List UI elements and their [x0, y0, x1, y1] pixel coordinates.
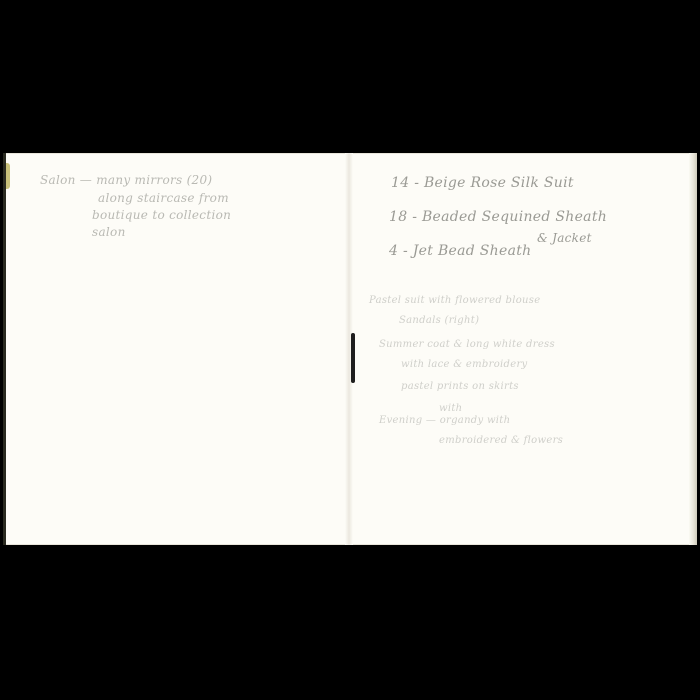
list-item-2: 18 - Beaded Sequined Sheath: [389, 209, 607, 225]
left-note-line-2: along staircase from: [98, 191, 229, 205]
note-line-3: Summer coat & long white dress: [379, 339, 555, 350]
list-item-qty: 4: [389, 243, 398, 259]
left-note-line-1: Salon — many mirrors (20): [40, 173, 212, 187]
list-item-qty: 14: [391, 175, 409, 191]
left-note-line-3: boutique to collection: [92, 208, 231, 222]
page-edge-tab: [6, 163, 10, 189]
note-line-6: with: [439, 403, 462, 414]
note-line-8: embroidered & flowers: [439, 435, 563, 446]
notebook-spread: Salon — many mirrors (20) along staircas…: [3, 153, 697, 545]
right-page: 14 - Beige Rose Silk Suit 18 - Beaded Se…: [349, 153, 697, 545]
list-item-text: Beige Rose Silk Suit: [424, 175, 574, 191]
note-line-1: Pastel suit with flowered blouse: [369, 295, 540, 306]
left-note-line-4: salon: [92, 225, 126, 239]
scan-background: Salon — many mirrors (20) along staircas…: [0, 0, 700, 700]
list-item-text: Beaded Sequined Sheath: [422, 209, 607, 225]
left-page: Salon — many mirrors (20) along staircas…: [3, 153, 349, 545]
note-line-7: Evening — organdy with: [379, 415, 510, 426]
note-line-5: pastel prints on skirts: [401, 381, 519, 392]
list-item-2-addendum: & Jacket: [537, 231, 592, 245]
note-line-4: with lace & embroidery: [401, 359, 527, 370]
list-item-text: Jet Bead Sheath: [413, 243, 532, 259]
list-item-qty: 18: [389, 209, 407, 225]
list-item-1: 14 - Beige Rose Silk Suit: [391, 175, 574, 191]
list-item-3: 4 - Jet Bead Sheath: [389, 243, 531, 259]
note-line-2: Sandals (right): [399, 315, 479, 326]
